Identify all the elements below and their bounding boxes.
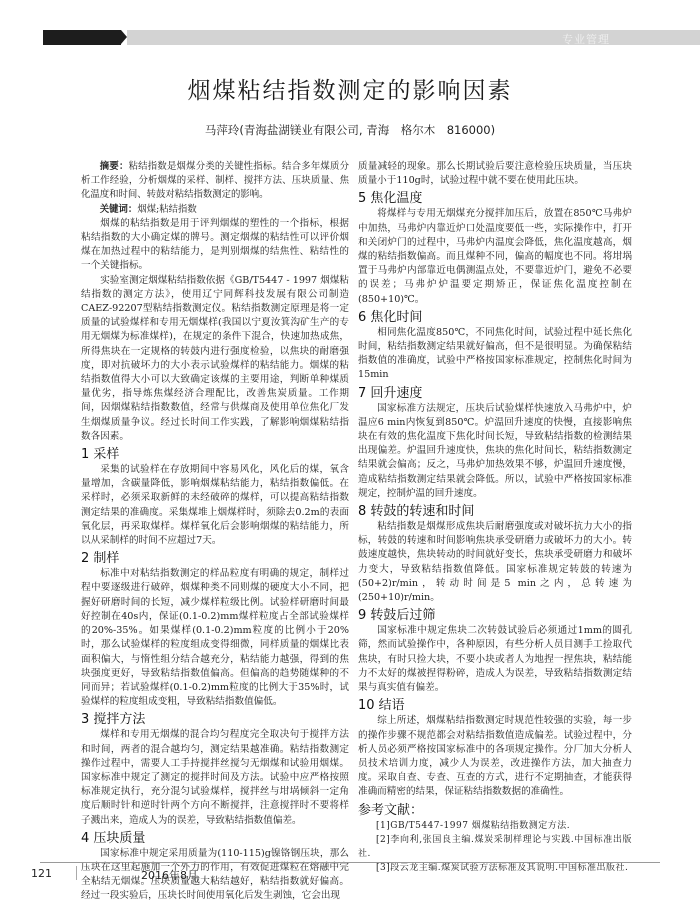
page-number: 121 [31, 867, 52, 880]
section-heading: 3 搅拌方法 [81, 711, 349, 728]
continued-paragraph: 质量减轻的现象。那么长期试验后要注意检验压块质量，当压块质量小于110g时，试验… [358, 160, 632, 188]
body-paragraph: 国家标准方法规定，压块后试验煤样快速放入马弗炉中，炉温应6 min内恢复到850… [358, 402, 632, 501]
reference-item: [2]李向利,张国良主编.煤炭采制样理论与实践.中国标准出版社. [358, 833, 632, 861]
keywords-paragraph: 关键词：烟煤;粘结指数 [81, 203, 349, 217]
header-black-block [43, 30, 121, 45]
section-label: 专业管理 [562, 31, 610, 47]
section-heading: 8 转鼓的转速和时间 [358, 503, 632, 520]
references-block: 参考文献： [1]GB/T5447-1997 烟煤粘结指数测定方法. [2]李向… [358, 802, 632, 876]
header-gray-band [127, 30, 700, 45]
author-affiliation: 马萍玲(青海盐湖镁业有限公司, 青海 格尔木 816000) [0, 122, 700, 138]
footer-separator [76, 866, 77, 880]
intro-paragraph: 实验室测定烟煤粘结指数依据《GB/T5447 - 1997 烟煤粘结指数的测定方… [81, 274, 349, 444]
body-paragraph: 将煤样与专用无烟煤充分搅拌加压后，放置在850℃马弗炉中加热，马弗炉内靠近炉口处… [358, 207, 632, 306]
section-header-bar: 专业管理 [43, 30, 700, 45]
right-column: 质量减轻的现象。那么长期试验后要注意检验压块质量，当压块质量小于110g时，试验… [358, 160, 632, 875]
abstract-block: 摘要：粘结指数是烟煤分类的关键性指标。结合多年煤质分析工作经验，分析烟煤的采样、… [81, 160, 349, 217]
body-paragraph: 国家标准中规定焦块二次转鼓试验后必须通过1mm的圆孔筛，然而试验操作中，各种原因… [358, 624, 632, 695]
references-heading: 参考文献： [358, 802, 632, 819]
body-paragraph: 采集的试验样在存放期间中容易风化，风化后的煤，氧含量增加，含碳量降低，影响烟煤粘… [81, 463, 349, 548]
body-paragraph: 相同焦化温度850℃，不同焦化时间，试验过程中延长焦化时间，粘结指数测定结果就好… [358, 326, 632, 383]
body-paragraph: 国家标准中规定采用质量为(110-115)g镍铬钢压块，那么压块在这里起施加一个… [81, 847, 349, 904]
section-heading: 5 焦化温度 [358, 190, 632, 207]
section-heading: 6 焦化时间 [358, 309, 632, 326]
section-heading: 9 转鼓后过筛 [358, 607, 632, 624]
article-title: 烟煤粘结指数测定的影响因素 [0, 72, 700, 105]
section-heading: 2 制样 [81, 550, 349, 567]
section-heading: 10 结语 [358, 697, 632, 714]
abstract-label: 摘要： [100, 161, 129, 172]
reference-item: [1]GB/T5447-1997 烟煤粘结指数测定方法. [358, 819, 632, 833]
keywords-label: 关键词： [100, 204, 138, 215]
body-paragraph: 粘结指数是烟煤形成焦块后耐磨强度或对破坏抗力大小的指标，转鼓的转速和时间影响焦块… [358, 520, 632, 605]
keywords-text: 烟煤;粘结指数 [137, 204, 196, 215]
reference-item: [3]段云龙主编.煤炭试验方法标准及其说明.中国标准出版社. [358, 861, 632, 875]
left-column: 摘要：粘结指数是烟煤分类的关键性指标。结合多年煤质分析工作经验，分析烟煤的采样、… [81, 160, 349, 904]
body-paragraph: 综上所述，烟煤粘结指数测定时规范性较强的实验，每一步的操作步骤不规范都会对粘结指… [358, 714, 632, 799]
abstract-paragraph: 摘要：粘结指数是烟煤分类的关键性指标。结合多年煤质分析工作经验，分析烟煤的采样、… [81, 160, 349, 203]
footer-divider [40, 862, 660, 863]
body-paragraph: 煤样和专用无烟煤的混合均匀程度完全取决句于搅拌方法和时间，两者的混合越均匀，测定… [81, 728, 349, 827]
intro-paragraph: 烟煤的粘结指数是用于评判烟煤的塑性的一个指标，根据粘结指数的大小确定煤的牌号。测… [81, 217, 349, 274]
section-heading: 1 采样 [81, 446, 349, 463]
issue-date: 2016年8月 [141, 867, 198, 883]
section-heading: 4 压块质量 [81, 830, 349, 847]
section-heading: 7 回升速度 [358, 385, 632, 402]
body-paragraph: 标准中对粘结指数测定的样品粒度有明确的规定，制样过程中要逐级进行破碎，烟煤种类不… [81, 567, 349, 709]
